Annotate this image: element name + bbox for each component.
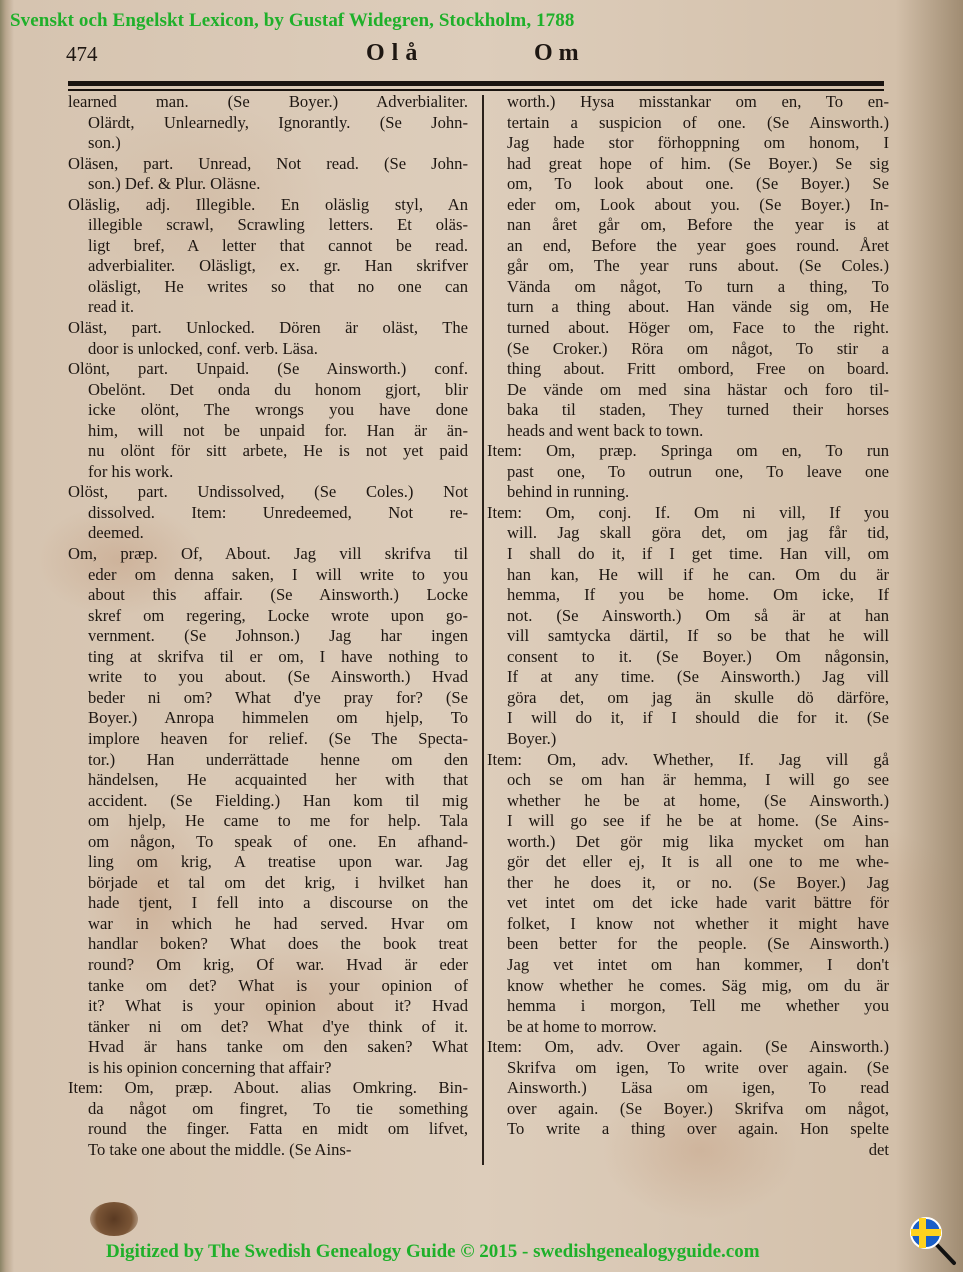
- entry-text-line: tänker ni om det? What d'ye think of it.: [68, 1017, 468, 1038]
- entry-text-line: over again. (Se Boyer.) Skrifva om något…: [487, 1099, 889, 1120]
- entry-text-line: Ainsworth.) Läsa om igen, To read: [487, 1078, 889, 1099]
- entry-text-line: I will go see if he be at home. (Se Ains…: [487, 811, 889, 832]
- entry-text-line: ligt bref, A letter that cannot be read.: [68, 236, 468, 257]
- entry-text-line: Jag vet intet om han kommer, I don't: [487, 955, 889, 976]
- entry-text-line: ther he does it, or no. (Se Boyer.) Jag: [487, 873, 889, 894]
- entry-text-line: började et tal om det krig, i hvilket ha…: [68, 873, 468, 894]
- entry-text-line: handlar boken? What does the book treat: [68, 934, 468, 955]
- entry-headword-line: Olöst, part. Undissolved, (Se Coles.) No…: [68, 482, 468, 503]
- entry-headword-line: Oläsen, part. Unread, Not read. (Se John…: [68, 154, 468, 175]
- entry-text-line: Obelönt. Det onda du honom gjort, blir: [68, 380, 468, 401]
- entry-headword-line: Item: Om, præp. Springa om en, To run: [487, 441, 889, 462]
- left-column: learned man. (Se Boyer.) Adverbialiter.O…: [68, 92, 468, 1160]
- entry-text-line: round the finger. Fatta en midt om lifve…: [68, 1119, 468, 1140]
- entry-text-line: går om, The year runs about. (Se Coles.): [487, 256, 889, 277]
- entry-headword-line: Oläst, part. Unlocked. Dören är oläst, T…: [68, 318, 468, 339]
- entry-text-line: icke olönt, The wrongs you have done: [68, 400, 468, 421]
- entry-text-line: heads and went back to town.: [487, 421, 889, 442]
- entry-text-line: is his opinion concerning that affair?: [68, 1058, 468, 1079]
- entry-headword-line: Oläslig, adj. Illegible. En oläslig styl…: [68, 195, 468, 216]
- entry-text-line: Vända om något, To turn a thing, To: [487, 277, 889, 298]
- entry-text-line: worth.) Det gör mig lika mycket om han: [487, 832, 889, 853]
- entry-text-line: eder om, Look about you. (Se Boyer.) In-: [487, 195, 889, 216]
- entry-text-line: consent to it. (Se Boyer.) Om någonsin,: [487, 647, 889, 668]
- column-divider: [482, 95, 484, 1165]
- guide-word-right: Om: [534, 40, 585, 67]
- right-column: worth.) Hysa misstankar om en, To en-ter…: [487, 92, 889, 1160]
- guide-word-left: Olå: [366, 40, 424, 67]
- entry-headword-line: Item: Om, adv. Over again. (Se Ainsworth…: [487, 1037, 889, 1058]
- entry-text-line: (Se Croker.) Röra om något, To stir a: [487, 339, 889, 360]
- entry-text-line: hemma i morgon, Tell me whether you: [487, 996, 889, 1017]
- entry-headword-line: Item: Om, adv. Whether, If. Jag vill gå: [487, 750, 889, 771]
- entry-text-line: To write a thing over again. Hon spelte: [487, 1119, 889, 1140]
- entry-text-line: it? What is your opinion about it? Hvad: [68, 996, 468, 1017]
- page-number: 474: [66, 42, 98, 67]
- entry-text-line: dissolved. Item: Unredeemed, Not re-: [68, 503, 468, 524]
- entry-text-line: behind in running.: [487, 482, 889, 503]
- entry-text-line: Boyer.): [487, 729, 889, 750]
- entry-text-line: ting at skrifva til er om, I have nothin…: [68, 647, 468, 668]
- entry-text-line: gör det eller ej, It is all one to me wh…: [487, 852, 889, 873]
- entry-text-line: implore heaven for relief. (Se The Spect…: [68, 729, 468, 750]
- entry-headword-line: Item: Om, præp. About. alias Omkring. Bi…: [68, 1078, 468, 1099]
- entry-text-line: worth.) Hysa misstankar om en, To en-: [487, 92, 889, 113]
- entry-text-line: tertain a suspicion of one. (Se Ainswort…: [487, 113, 889, 134]
- header-rule-thin: [68, 89, 884, 91]
- entry-text-line: door is unlocked, conf. verb. Läsa.: [68, 339, 468, 360]
- entry-text-line: beder ni om? What d'ye pray for? (Se: [68, 688, 468, 709]
- entry-text-line: da något om fingret, To tie something: [68, 1099, 468, 1120]
- swedish-flag-magnifier-icon[interactable]: [906, 1214, 958, 1266]
- watermark-title: Svenskt och Engelskt Lexicon, by Gustaf …: [10, 10, 574, 32]
- entry-text-line: eder om denna saken, I will write to you: [68, 565, 468, 586]
- entry-headword-line: learned man. (Se Boyer.) Adverbialiter.: [68, 92, 468, 113]
- entry-text-line: tor.) Han underrättade henne om den: [68, 750, 468, 771]
- entry-text-line: skref om regering, Locke wrote upon go-: [68, 606, 468, 627]
- entry-text-line: han kan, He will if he can. Om du är: [487, 565, 889, 586]
- entry-text-line: turn a thing about. Han vände sig om, He: [487, 297, 889, 318]
- entry-text-line: had great hope of him. (Se Boyer.) Se si…: [487, 154, 889, 175]
- entry-text-line: om hjelp, He came to me for help. Tala: [68, 811, 468, 832]
- entry-text-line: nan året går om, Before the year is at: [487, 215, 889, 236]
- entry-text-line: son.) Def. & Plur. Oläsne.: [68, 174, 468, 195]
- entry-text-line: for his work.: [68, 462, 468, 483]
- entry-text-line: son.): [68, 133, 468, 154]
- entry-text-line: Skrifva om igen, To write over again. (S…: [487, 1058, 889, 1079]
- entry-text-line: turned about. Höger om, Face to the righ…: [487, 318, 889, 339]
- entry-text-line: If at any time. (Se Ainsworth.) Jag vill: [487, 667, 889, 688]
- entry-text-line: om någon, To speak of one. En afhand-: [68, 832, 468, 853]
- entry-text-line: oläsligt, He writes so that no one can: [68, 277, 468, 298]
- entry-text-line: not. (Se Ainsworth.) Om så är at han: [487, 606, 889, 627]
- entry-text-line: deemed.: [68, 523, 468, 544]
- entry-text-line: tanke om det? What is your opinion of: [68, 976, 468, 997]
- entry-text-line: Jag hade stor förhoppning om honom, I: [487, 133, 889, 154]
- entry-text-line: war in which he had served. Hvar om: [68, 914, 468, 935]
- entry-text-line: det: [487, 1140, 889, 1161]
- entry-text-line: adverbialiter. Oläsligt, ex. gr. Han skr…: [68, 256, 468, 277]
- entry-text-line: vernment. (Se Johnson.) Jag har ingen: [68, 626, 468, 647]
- entry-text-line: baka til staden, They turned their horse…: [487, 400, 889, 421]
- entry-text-line: write to you about. (Se Ainsworth.) Hvad: [68, 667, 468, 688]
- entry-text-line: Olärdt, Unlearnedly, Ignorantly. (Se Joh…: [68, 113, 468, 134]
- entry-headword-line: Om, præp. Of, About. Jag vill skrifva ti…: [68, 544, 468, 565]
- entry-text-line: om, To look about one. (Se Boyer.) Se: [487, 174, 889, 195]
- entry-text-line: been better for the people. (Se Ainswort…: [487, 934, 889, 955]
- entry-text-line: read it.: [68, 297, 468, 318]
- entry-text-line: illegible scrawl, Scrawling letters. Et …: [68, 215, 468, 236]
- entry-text-line: Boyer.) Anropa himmelen om hjelp, To: [68, 708, 468, 729]
- entry-text-line: ling om krig, A treatise upon war. Jag: [68, 852, 468, 873]
- entry-text-line: Hvad är hans tanke om den saken? What: [68, 1037, 468, 1058]
- entry-text-line: I shall do it, if I get time. Han vill, …: [487, 544, 889, 565]
- entry-text-line: round? Om krig, Of war. Hvad är eder: [68, 955, 468, 976]
- entry-text-line: about this affair. (Se Ainsworth.) Locke: [68, 585, 468, 606]
- entry-text-line: och se om han är hemma, I will go see: [487, 770, 889, 791]
- entry-headword-line: Item: Om, conj. If. Om ni vill, If you: [487, 503, 889, 524]
- entry-text-line: know whether he comes. Säg mig, om du är: [487, 976, 889, 997]
- entry-text-line: De vände om med sina hästar och foro til…: [487, 380, 889, 401]
- header-rule-thick: [68, 81, 884, 86]
- entry-text-line: nu olönt för sitt arbete, He is not yet …: [68, 441, 468, 462]
- entry-text-line: hemma, If you be home. Om icke, If: [487, 585, 889, 606]
- entry-text-line: vill samtycka därtil, If so be that he w…: [487, 626, 889, 647]
- entry-text-line: To take one about the middle. (Se Ains-: [68, 1140, 468, 1161]
- entry-text-line: accident. (Se Fielding.) Han kom til mig: [68, 791, 468, 812]
- scanned-page: Svenskt och Engelskt Lexicon, by Gustaf …: [0, 0, 963, 1272]
- entry-text-line: händelsen, He acquainted her with that: [68, 770, 468, 791]
- entry-text-line: göra det, om jag än skulle dö därföre,: [487, 688, 889, 709]
- entry-text-line: folket, I know not whether it might have: [487, 914, 889, 935]
- entry-text-line: whether he be at home, (Se Ainsworth.): [487, 791, 889, 812]
- entry-text-line: I will do it, if I should die for it. (S…: [487, 708, 889, 729]
- entry-text-line: be at home to morrow.: [487, 1017, 889, 1038]
- entry-text-line: thing about. Fritt ombord, Free on board…: [487, 359, 889, 380]
- ink-stain: [90, 1202, 138, 1236]
- entry-text-line: hade tjent, I fell into a discourse on t…: [68, 893, 468, 914]
- entry-text-line: an end, Before the year goes round. Året: [487, 236, 889, 257]
- running-head: 474 Olå Om: [66, 40, 886, 70]
- entry-text-line: will. Jag skall göra det, om jag får tid…: [487, 523, 889, 544]
- entry-text-line: vet intet om det icke hade varit bättre …: [487, 893, 889, 914]
- entry-text-line: him, will not be unpaid for. Han är än-: [68, 421, 468, 442]
- watermark-footer: Digitized by The Swedish Genealogy Guide…: [106, 1241, 760, 1263]
- entry-headword-line: Olönt, part. Unpaid. (Se Ainsworth.) con…: [68, 359, 468, 380]
- entry-text-line: past one, To outrun one, To leave one: [487, 462, 889, 483]
